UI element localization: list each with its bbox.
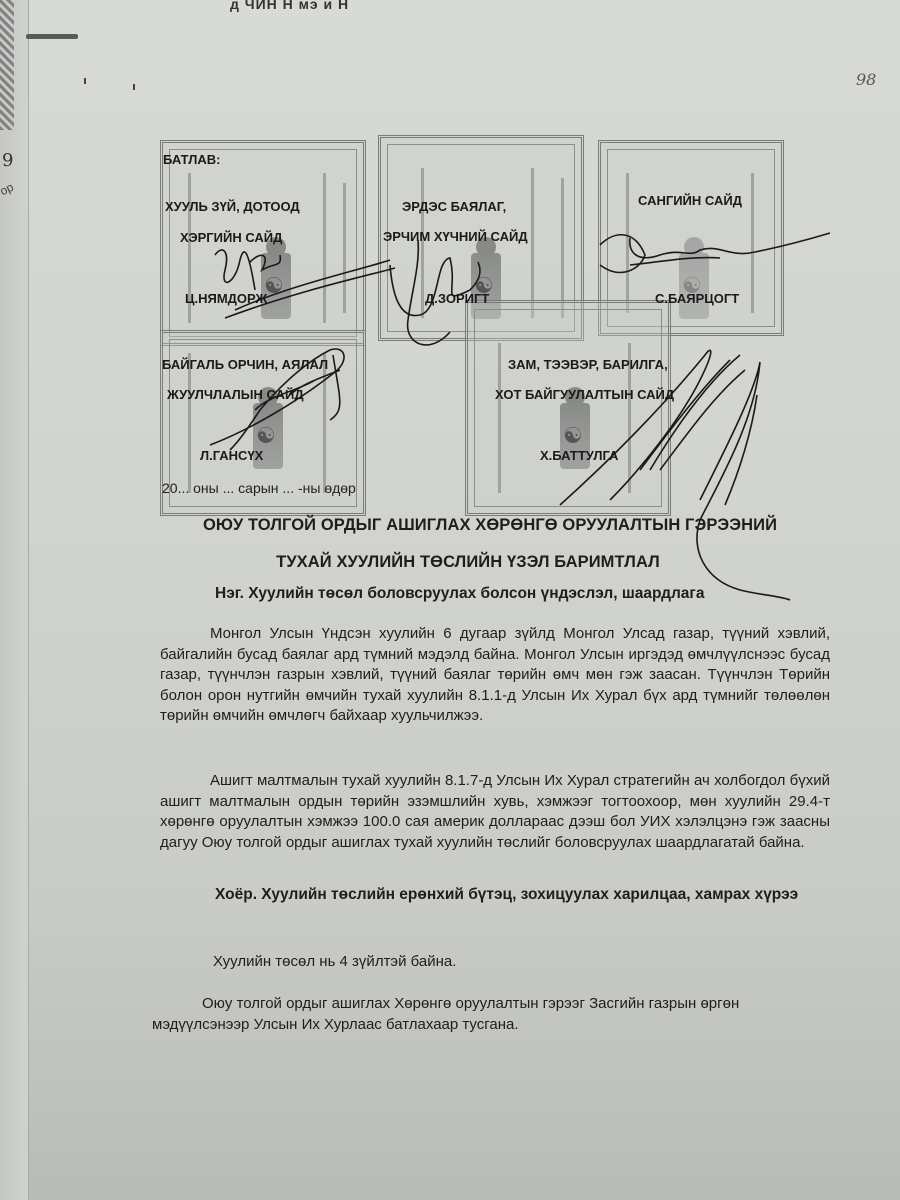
approval-date-line: 20... оны ... сарын ... -ны өдөр <box>162 480 356 496</box>
signatory-1-ministry-line2: ХЭРГИЙН САЙД <box>180 230 282 245</box>
document-title-line2: ТУХАЙ ХУУЛИЙН ТӨСЛИЙН ҮЗЭЛ БАРИМТЛАЛ <box>0 553 900 572</box>
paragraph-1-text: Монгол Улсын Үндсэн хуулийн 6 дугаар зүй… <box>160 625 830 724</box>
signatory-1-name: Ц.НЯМДОРЖ <box>185 291 267 306</box>
paragraph-4-text: Оюу толгой ордыг ашиглах Хөрөнгө оруулал… <box>152 995 739 1033</box>
paragraph-2-text: Ашигт малтмалын тухай хуулийн 8.1.7-д Ул… <box>160 772 830 851</box>
signatory-1-ministry-line1: ХУУЛЬ ЗҮЙ, ДОТООД <box>165 199 300 214</box>
signatory-4-name: Л.ГАНСҮХ <box>200 448 263 463</box>
signatory-5-ministry-line2: ХОТ БАЙГУУЛАЛТЫН САЙД <box>495 387 674 402</box>
underlying-page-edge: 9 ор <box>0 0 29 1200</box>
decorative-pattern <box>0 0 14 130</box>
state-emblem-icon <box>261 253 291 319</box>
signatory-2-name: Д.ЗОРИГТ <box>425 291 489 306</box>
signatory-5-name: Х.БАТТУЛГА <box>540 448 618 463</box>
underlying-page-number: 9 <box>2 150 13 171</box>
paragraph-1: Монгол Улсын Үндсэн хуулийн 6 дугаар зүй… <box>160 624 830 727</box>
signatory-4-ministry-line2: ЖУУЛЧЛАЛЫН САЙД <box>167 387 304 402</box>
page-number: 98 <box>856 70 876 89</box>
approval-heading: БАТЛАВ: <box>163 152 220 167</box>
binder-tab-mark <box>26 34 78 39</box>
paragraph-2: Ашигт малтмалын тухай хуулийн 8.1.7-д Ул… <box>160 771 830 853</box>
underlying-page-text: ор <box>0 180 16 198</box>
state-emblem-icon <box>679 253 709 319</box>
signatory-3-ministry: САНГИЙН САЙД <box>638 193 742 208</box>
punch-mark <box>84 78 86 84</box>
signatory-2-ministry-line1: ЭРДЭС БАЯЛАГ, <box>402 199 506 214</box>
document-title-line1: ОЮУ ТОЛГОЙ ОРДЫГ АШИГЛАХ ХӨРӨНГӨ ОРУУЛАЛ… <box>0 516 900 535</box>
section-2-heading: Хоёр. Хуулийн төслийн ерөнхий бүтэц, зох… <box>160 885 830 905</box>
bleed-through-text: д ЧИН Н мэ и Н <box>230 0 349 12</box>
paragraph-4: Оюу толгой ордыг ашиглах Хөрөнгө оруулал… <box>152 993 822 1035</box>
stamp-construction-ministry <box>465 300 671 516</box>
paragraph-3: Хуулийн төсөл нь 4 зүйлтэй байна. <box>213 953 456 970</box>
punch-mark <box>133 84 135 90</box>
section-2-heading-text: Хоёр. Хуулийн төслийн ерөнхий бүтэц, зох… <box>215 886 798 903</box>
signatory-3-name: С.БАЯРЦОГТ <box>655 291 739 306</box>
signatory-2-ministry-line2: ЭРЧИМ ХҮЧНИЙ САЙД <box>383 229 528 244</box>
section-1-heading: Нэг. Хуулийн төсөл боловсруулах болсон ү… <box>215 585 705 603</box>
signatory-5-ministry-line1: ЗАМ, ТЭЭВЭР, БАРИЛГА, <box>508 357 668 372</box>
signatory-4-ministry-line1: БАЙГАЛЬ ОРЧИН, АЯЛАЛ <box>162 357 328 372</box>
